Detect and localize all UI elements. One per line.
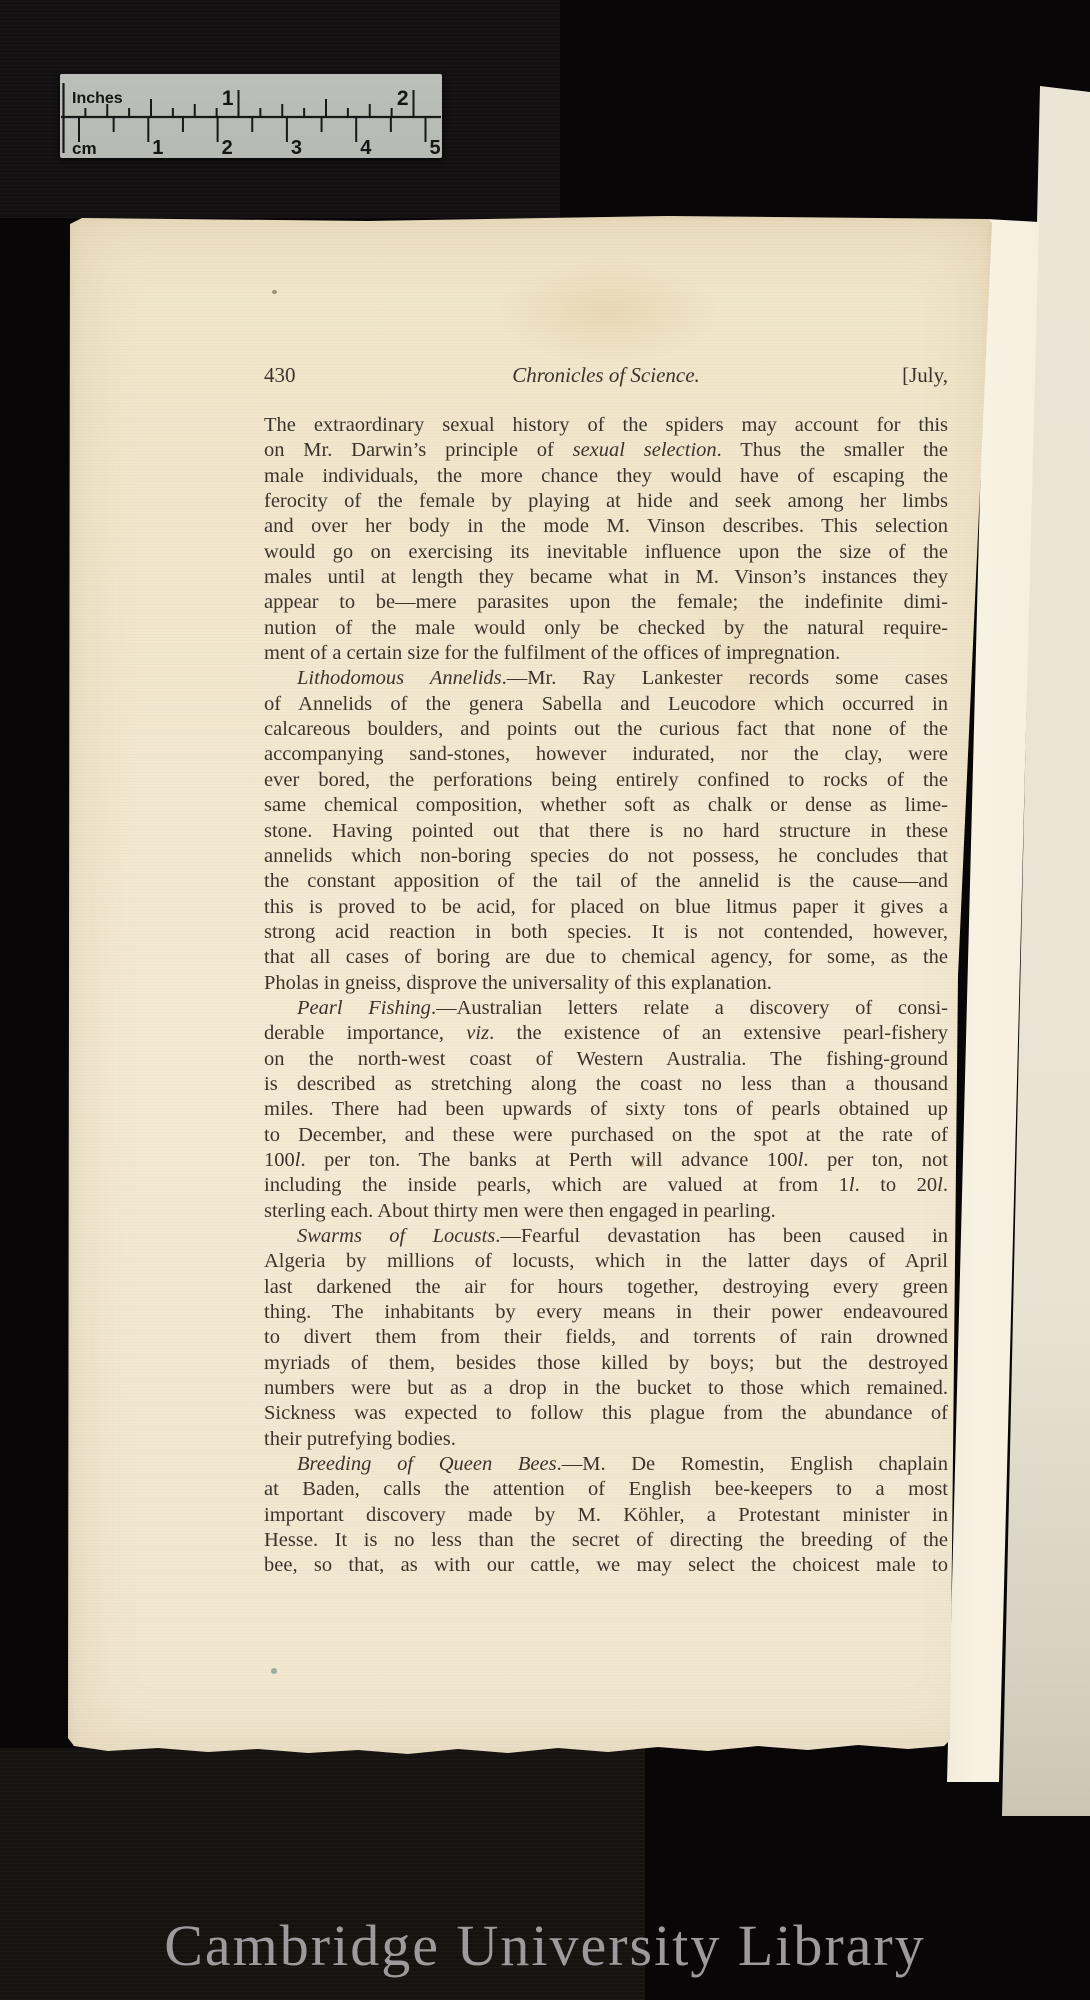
text-line: their putrefying bodies. (264, 1427, 948, 1452)
text-line: derable importance, viz. the existence o… (264, 1021, 948, 1046)
text-line: to divert them from their fields, and to… (264, 1325, 948, 1350)
text-line: of Annelids of the genera Sabella and Le… (264, 692, 948, 717)
svg-text:2: 2 (222, 137, 233, 158)
text-line: numbers were but as a drop in the bucket… (264, 1376, 948, 1401)
text-line: Swarms of Locusts.—Fearful devastation h… (264, 1224, 948, 1249)
issue-date: [July, (902, 363, 948, 388)
text-line: important discovery made by M. Köhler, a… (264, 1503, 948, 1528)
text-line: ever bored, the perforations being entir… (264, 768, 948, 793)
stain (498, 256, 718, 366)
text-line: Breeding of Queen Bees.—M. De Romestin, … (264, 1452, 948, 1477)
text-line: males until at length they became what i… (264, 565, 948, 590)
svg-text:cm: cm (72, 139, 97, 158)
text-line: thing. The inhabitants by every means in… (264, 1300, 948, 1325)
text-line: and over her body in the mode M. Vinson … (264, 514, 948, 539)
watermark: Cambridge University Library (0, 1912, 1090, 1979)
scan-background: 430 Chronicles of Science. [July, The ex… (0, 0, 1090, 2000)
text-line: the constant apposition of the tail of t… (264, 869, 948, 894)
text-line: The extraordinary sexual history of the … (264, 413, 948, 438)
text-line: ment of a certain size for the fulfilmen… (264, 641, 948, 666)
text-line: accompanying sand-stones, however indura… (264, 742, 948, 767)
text-line: annelids which non-boring species do not… (264, 844, 948, 869)
svg-text:2: 2 (397, 87, 409, 110)
text-line: bee, so that, as with our cattle, we may… (264, 1553, 948, 1578)
text-line: calcareous boulders, and points out the … (264, 717, 948, 742)
text-line: that all cases of boring are due to chem… (264, 945, 948, 970)
text-line: ferocity of the female by playing at hid… (264, 489, 948, 514)
text-line: Algeria by millions of locusts, which in… (264, 1249, 948, 1274)
text-line: including the inside pearls, which are v… (264, 1173, 948, 1198)
text-line: sterling each. About thirty men were the… (264, 1199, 948, 1224)
text-line: Sickness was expected to follow this pla… (264, 1401, 948, 1426)
page-number: 430 (264, 363, 296, 388)
text-line: same chemical composition, whether soft … (264, 793, 948, 818)
text-line: 100l. per ton. The banks at Perth will a… (264, 1148, 948, 1173)
svg-text:3: 3 (291, 137, 302, 158)
running-title: Chronicles of Science. (264, 363, 948, 388)
text-line: this is proved to be acid, for placed on… (264, 895, 948, 920)
text-line: at Baden, calls the attention of English… (264, 1477, 948, 1502)
text-line: on the north-west coast of Western Austr… (264, 1047, 948, 1072)
text-line: strong acid reaction in both species. It… (264, 920, 948, 945)
svg-text:1: 1 (152, 137, 163, 158)
text-line: last darkened the air for hours together… (264, 1275, 948, 1300)
text-line: on Mr. Darwin’s principle of sexual sele… (264, 438, 948, 463)
text-line: Hesse. It is no less than the secret of … (264, 1528, 948, 1553)
text-line: male individuals, the more chance they w… (264, 464, 948, 489)
stain (638, 1161, 644, 1167)
stain (272, 290, 277, 294)
scan-page: 430 Chronicles of Science. [July, The ex… (68, 216, 992, 1757)
text-line: Pholas in gneiss, disprove the universal… (264, 971, 948, 996)
svg-text:5: 5 (430, 137, 441, 158)
text-line: Pearl Fishing.—Australian letters relate… (264, 996, 948, 1021)
text-line: is described as stretching along the coa… (264, 1072, 948, 1097)
svg-text:Inches: Inches (72, 90, 123, 107)
ruler-svg: 1212345Inchescm (60, 74, 442, 158)
svg-text:4: 4 (360, 137, 372, 158)
ruler: 1212345Inchescm (60, 74, 442, 158)
text-line: myriads of them, besides those killed by… (264, 1351, 948, 1376)
text-line: to December, and these were purchased on… (264, 1123, 948, 1148)
text-line: miles. There had been upwards of sixty t… (264, 1097, 948, 1122)
stain (271, 1668, 277, 1674)
body-text: The extraordinary sexual history of the … (264, 413, 948, 1579)
stain (668, 546, 828, 766)
text-line: appear to be—mere parasites upon the fem… (264, 590, 948, 615)
svg-text:1: 1 (222, 87, 234, 110)
text-line: nution of the male would only be checked… (264, 616, 948, 641)
text-line: Lithodomous Annelids.—Mr. Ray Lankester … (264, 666, 948, 691)
page-header: 430 Chronicles of Science. [July, (264, 363, 948, 391)
text-line: stone. Having pointed out that there is … (264, 819, 948, 844)
text-line: would go on exercising its inevitable in… (264, 540, 948, 565)
